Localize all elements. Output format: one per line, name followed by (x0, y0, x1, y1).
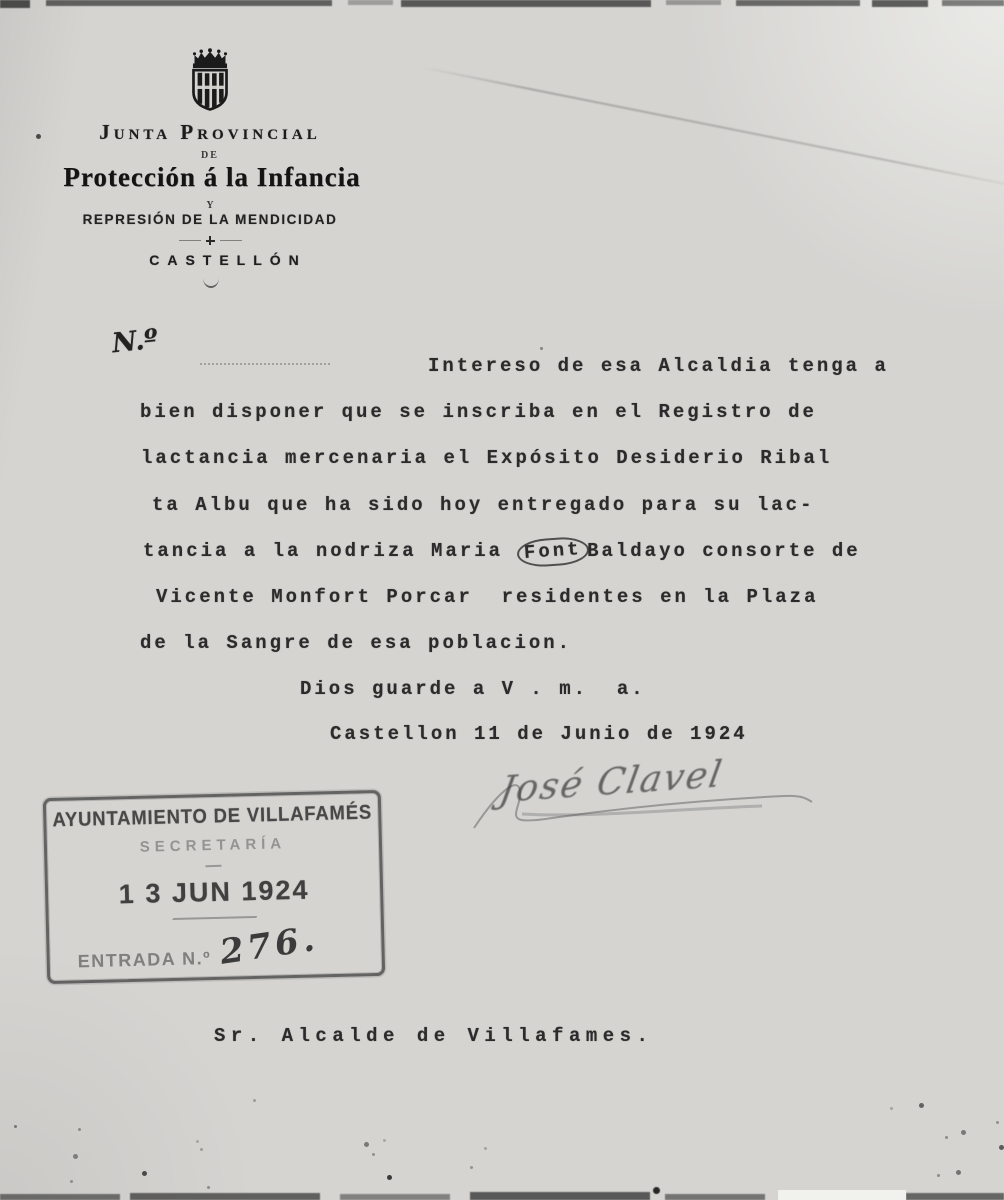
stamp-entry-label: ENTRADA N.º (78, 948, 212, 971)
letterhead-city: CASTELLÓN (58, 252, 398, 268)
letterhead-connector-de: DE (40, 150, 380, 161)
body-line-3: lactancia mercenaria el Expósito Desider… (141, 447, 832, 469)
stamp-entry-number: 276. (218, 919, 322, 973)
body-line-5: tancia a la nodriza Maria FontBaldayo co… (143, 540, 861, 563)
scan-specks (0, 0, 3, 3)
scan-artifact-white-patch (778, 1190, 906, 1200)
coat-of-arms-icon (182, 48, 238, 112)
body-line-5-before: tancia a la nodriza Maria (143, 540, 517, 562)
letterhead-org-line2: Protección á la Infancia (12, 162, 412, 193)
entry-stamp: AYUNTAMIENTO DE VILLAFAMÉS SECRETARÍA 1 … (43, 790, 385, 984)
letterhead-org-line3: REPRESIÓN DE LA MENDICIDAD (40, 212, 380, 227)
body-line-2: bien disponer que se inscriba en el Regi… (140, 401, 817, 423)
stamp-date-underline (172, 916, 257, 920)
reference-number-label: N.º (111, 324, 160, 360)
stamp-department: SECRETARÍA (47, 833, 379, 858)
letterhead-cross-ornament (40, 236, 380, 245)
date-line: Castellon 11 de Junio de 1924 (330, 723, 748, 745)
stamp-organization: AYUNTAMIENTO DE VILLAFAMÉS (46, 800, 378, 832)
circled-name-annotation: Font (517, 536, 590, 569)
scan-artifact-top-edge (0, 0, 1004, 9)
body-line-4: ta Albu que ha sido hoy entregado para s… (152, 494, 815, 516)
reference-dotted-line (200, 362, 330, 365)
signature-block: José Clavel (462, 756, 822, 836)
body-line-1: Intereso de esa Alcaldia tenga a (428, 355, 889, 377)
stamp-date: 1 3 JUN 1924 (48, 873, 381, 912)
addressee-line: Sr. Alcalde de Villafames. (214, 1025, 653, 1047)
stamp-divider (205, 865, 221, 867)
scanned-letter-page: Junta Provincial DE Protección á la Infa… (0, 0, 1004, 1200)
letterhead-org-line1: Junta Provincial (40, 120, 380, 145)
stamp-entry-row: ENTRADA N.º276. (49, 928, 410, 977)
paper-crease-line (420, 66, 1004, 191)
letterhead-connector-y: Y (40, 200, 380, 211)
body-line-7: de la Sangre de esa poblacion. (140, 632, 572, 654)
closing-line: Dios guarde a V . m. a. (300, 678, 646, 700)
body-line-5-after: Baldayo consorte de (587, 540, 861, 562)
letterhead-flourish (203, 278, 219, 288)
body-line-6: Vicente Monfort Porcar residentes en la … (156, 586, 819, 608)
